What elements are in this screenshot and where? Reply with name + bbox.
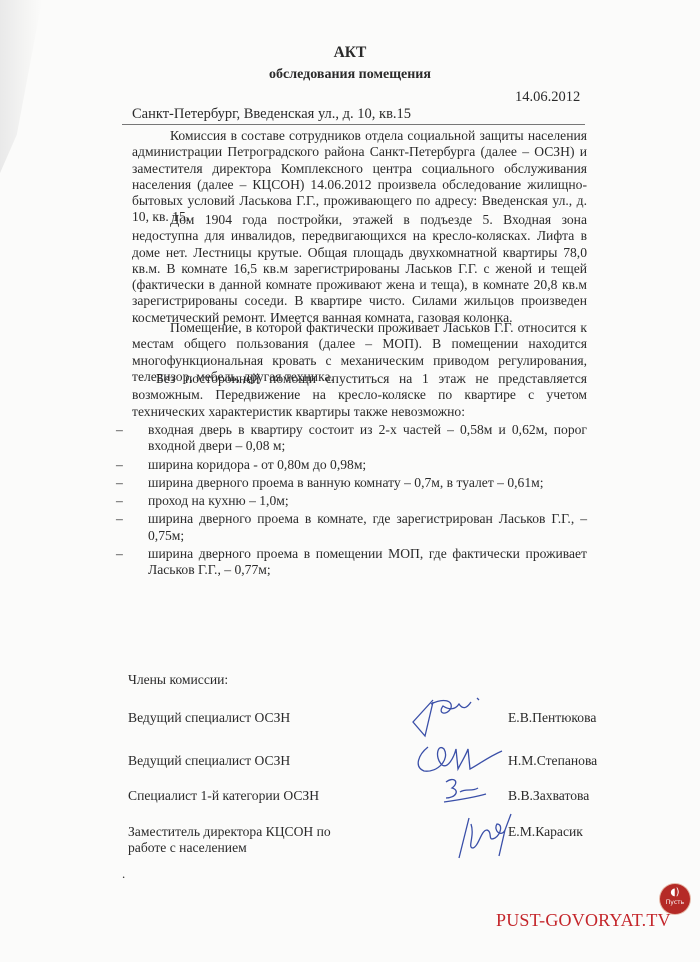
list-item-text: ширина дверного проема в помещении МОП, … — [148, 546, 587, 577]
document-place: Санкт-Петербург, Введенская ул., д. 10, … — [132, 106, 411, 123]
speaker-icon: ◖) — [660, 887, 690, 899]
list-item: –входная дверь в квартиру состоит из 2-х… — [116, 422, 587, 455]
member-name: Н.М.Степанова — [508, 753, 597, 769]
header-underline — [122, 124, 585, 125]
page-fold-shadow — [0, 0, 42, 962]
paragraph-house: Дом 1904 года постройки, этажей в подъез… — [132, 212, 587, 326]
paragraph-text: Дом 1904 года постройки, этажей в подъез… — [132, 212, 587, 326]
measurements-list: –входная дверь в квартиру состоит из 2-х… — [116, 422, 587, 581]
paragraph-mobility: Без посторонней помощи спуститься на 1 э… — [132, 371, 587, 420]
handwritten-signature-icon — [438, 770, 498, 810]
dash-bullet-icon: – — [116, 475, 123, 491]
member-name: В.В.Захватова — [508, 788, 589, 804]
list-item: –ширина дверного проема в ванную комнату… — [116, 475, 587, 491]
watermark-text: PUST-GOVORYAT.TV — [496, 910, 671, 931]
list-item: –ширина коридора - от 0,80м до 0,98м; — [116, 457, 587, 473]
document-date: 14.06.2012 — [515, 89, 580, 106]
member-role: Специалист 1-й категории ОСЗН — [128, 788, 368, 804]
stray-mark: . — [122, 866, 125, 882]
member-name: Е.В.Пентюкова — [508, 710, 596, 726]
dash-bullet-icon: – — [116, 422, 123, 438]
member-role: Ведущий специалист ОСЗН — [128, 753, 368, 769]
member-name: Е.М.Карасик — [508, 824, 583, 840]
list-item-text: ширина коридора - от 0,80м до 0,98м; — [148, 457, 366, 472]
member-role: Заместитель директора КЦСОН по работе с … — [128, 824, 368, 856]
list-item: –проход на кухню – 1,0м; — [116, 493, 587, 509]
list-item-text: ширина дверного проема в ванную комнату … — [148, 475, 544, 490]
dash-bullet-icon: – — [116, 546, 123, 562]
list-item-text: входная дверь в квартиру состоит из 2-х … — [148, 422, 587, 453]
commission-members-heading: Члены комиссии: — [128, 672, 228, 688]
dash-bullet-icon: – — [116, 493, 123, 509]
list-item: –ширина дверного проема в помещении МОП,… — [116, 546, 587, 579]
member-role: Ведущий специалист ОСЗН — [128, 710, 368, 726]
list-item-text: ширина дверного проема в комнате, где за… — [148, 511, 587, 542]
dash-bullet-icon: – — [116, 511, 123, 527]
list-item-text: проход на кухню – 1,0м; — [148, 493, 289, 508]
document-title: АКТ — [0, 44, 700, 62]
dash-bullet-icon: – — [116, 457, 123, 473]
document-subtitle: обследования помещения — [0, 67, 700, 83]
list-item: –ширина дверного проема в комнате, где з… — [116, 511, 587, 544]
logo-text: Пусть — [666, 899, 684, 906]
paragraph-text: Без посторонней помощи спуститься на 1 э… — [132, 371, 587, 420]
